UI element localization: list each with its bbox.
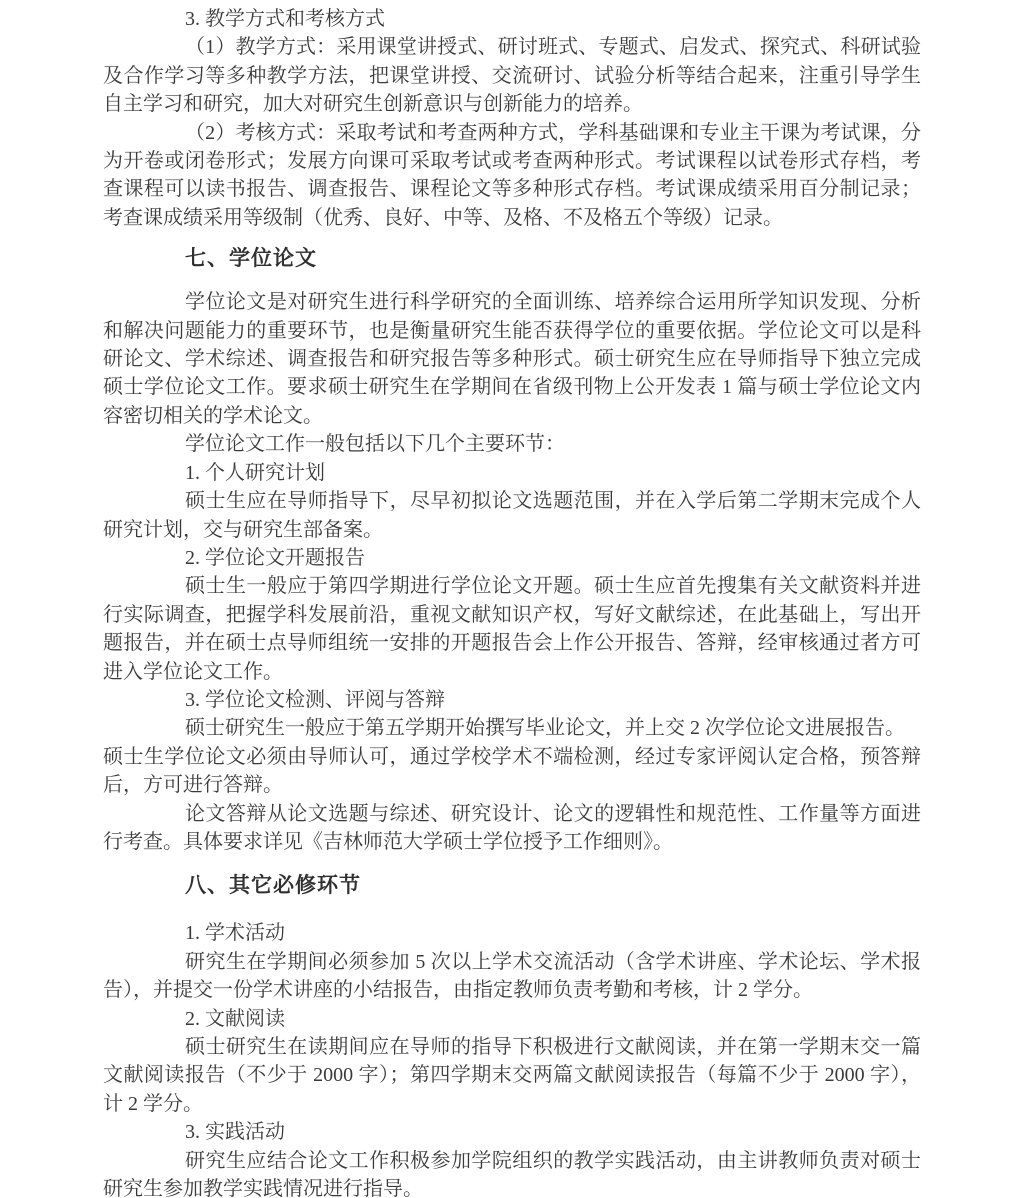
paragraph-literature-reading: 硕士研究生在读期间应在导师的指导下积极进行文献阅读，并在第一学期末交一篇文献阅读…	[103, 1033, 921, 1118]
paragraph-defense-title: 3. 学位论文检测、评阅与答辩	[103, 686, 921, 714]
paragraph-practice-activity: 研究生应结合论文工作积极参加学院组织的教学实践活动，由主讲教师负责对硕士研究生参…	[103, 1147, 921, 1198]
paragraph-practice-activity-title: 3. 实践活动	[103, 1118, 921, 1146]
paragraph-thesis-steps-lead: 学位论文工作一般包括以下几个主要环节：	[103, 430, 921, 458]
section-heading-other-requirements: 八、其它必修环节	[103, 871, 921, 901]
paragraph-proposal-title: 2. 学位论文开题报告	[103, 544, 921, 572]
paragraph-teaching-methods: （1）教学方式：采用课堂讲授式、研讨班式、专题式、启发式、探究式、科研试验及合作…	[103, 33, 921, 118]
paragraph-thesis-approval: 硕士生学位论文必须由导师认可，通过学校学术不端检测，经过专家评阅认定合格，预答辩…	[103, 743, 921, 800]
section-heading-degree-thesis: 七、学位论文	[103, 244, 921, 274]
paragraph-personal-plan: 硕士生应在导师指导下，尽早初拟论文选题范围，并在入学后第二学期末完成个人研究计划…	[103, 487, 921, 544]
document-page: 3. 教学方式和考核方式 （1）教学方式：采用课堂讲授式、研讨班式、专题式、启发…	[0, 0, 1024, 1198]
paragraph-defense-criteria: 论文答辩从论文选题与综述、研究设计、论文的逻辑性和规范性、工作量等方面进行考查。…	[103, 800, 921, 857]
paragraph-academic-activity: 研究生在学期间必须参加 5 次以上学术交流活动（含学术讲座、学术论坛、学术报告）…	[103, 948, 921, 1005]
paragraph-proposal: 硕士生一般应于第四学期进行学位论文开题。硕士生应首先搜集有关文献资料并进行实际调…	[103, 572, 921, 686]
paragraph-assessment-methods: （2）考核方式：采取考试和考查两种方式，学科基础课和专业主干课为考试课，分为开卷…	[103, 119, 921, 233]
paragraph-thesis-writing: 硕士研究生一般应于第五学期开始撰写毕业论文，并上交 2 次学位论文进展报告。	[103, 714, 921, 742]
paragraph-thesis-intro: 学位论文是对研究生进行科学研究的全面训练、培养综合运用所学知识发现、分析和解决问…	[103, 288, 921, 430]
paragraph-teaching-methods-title: 3. 教学方式和考核方式	[103, 5, 921, 33]
paragraph-academic-activity-title: 1. 学术活动	[103, 919, 921, 947]
paragraph-literature-reading-title: 2. 文献阅读	[103, 1005, 921, 1033]
paragraph-personal-plan-title: 1. 个人研究计划	[103, 459, 921, 487]
